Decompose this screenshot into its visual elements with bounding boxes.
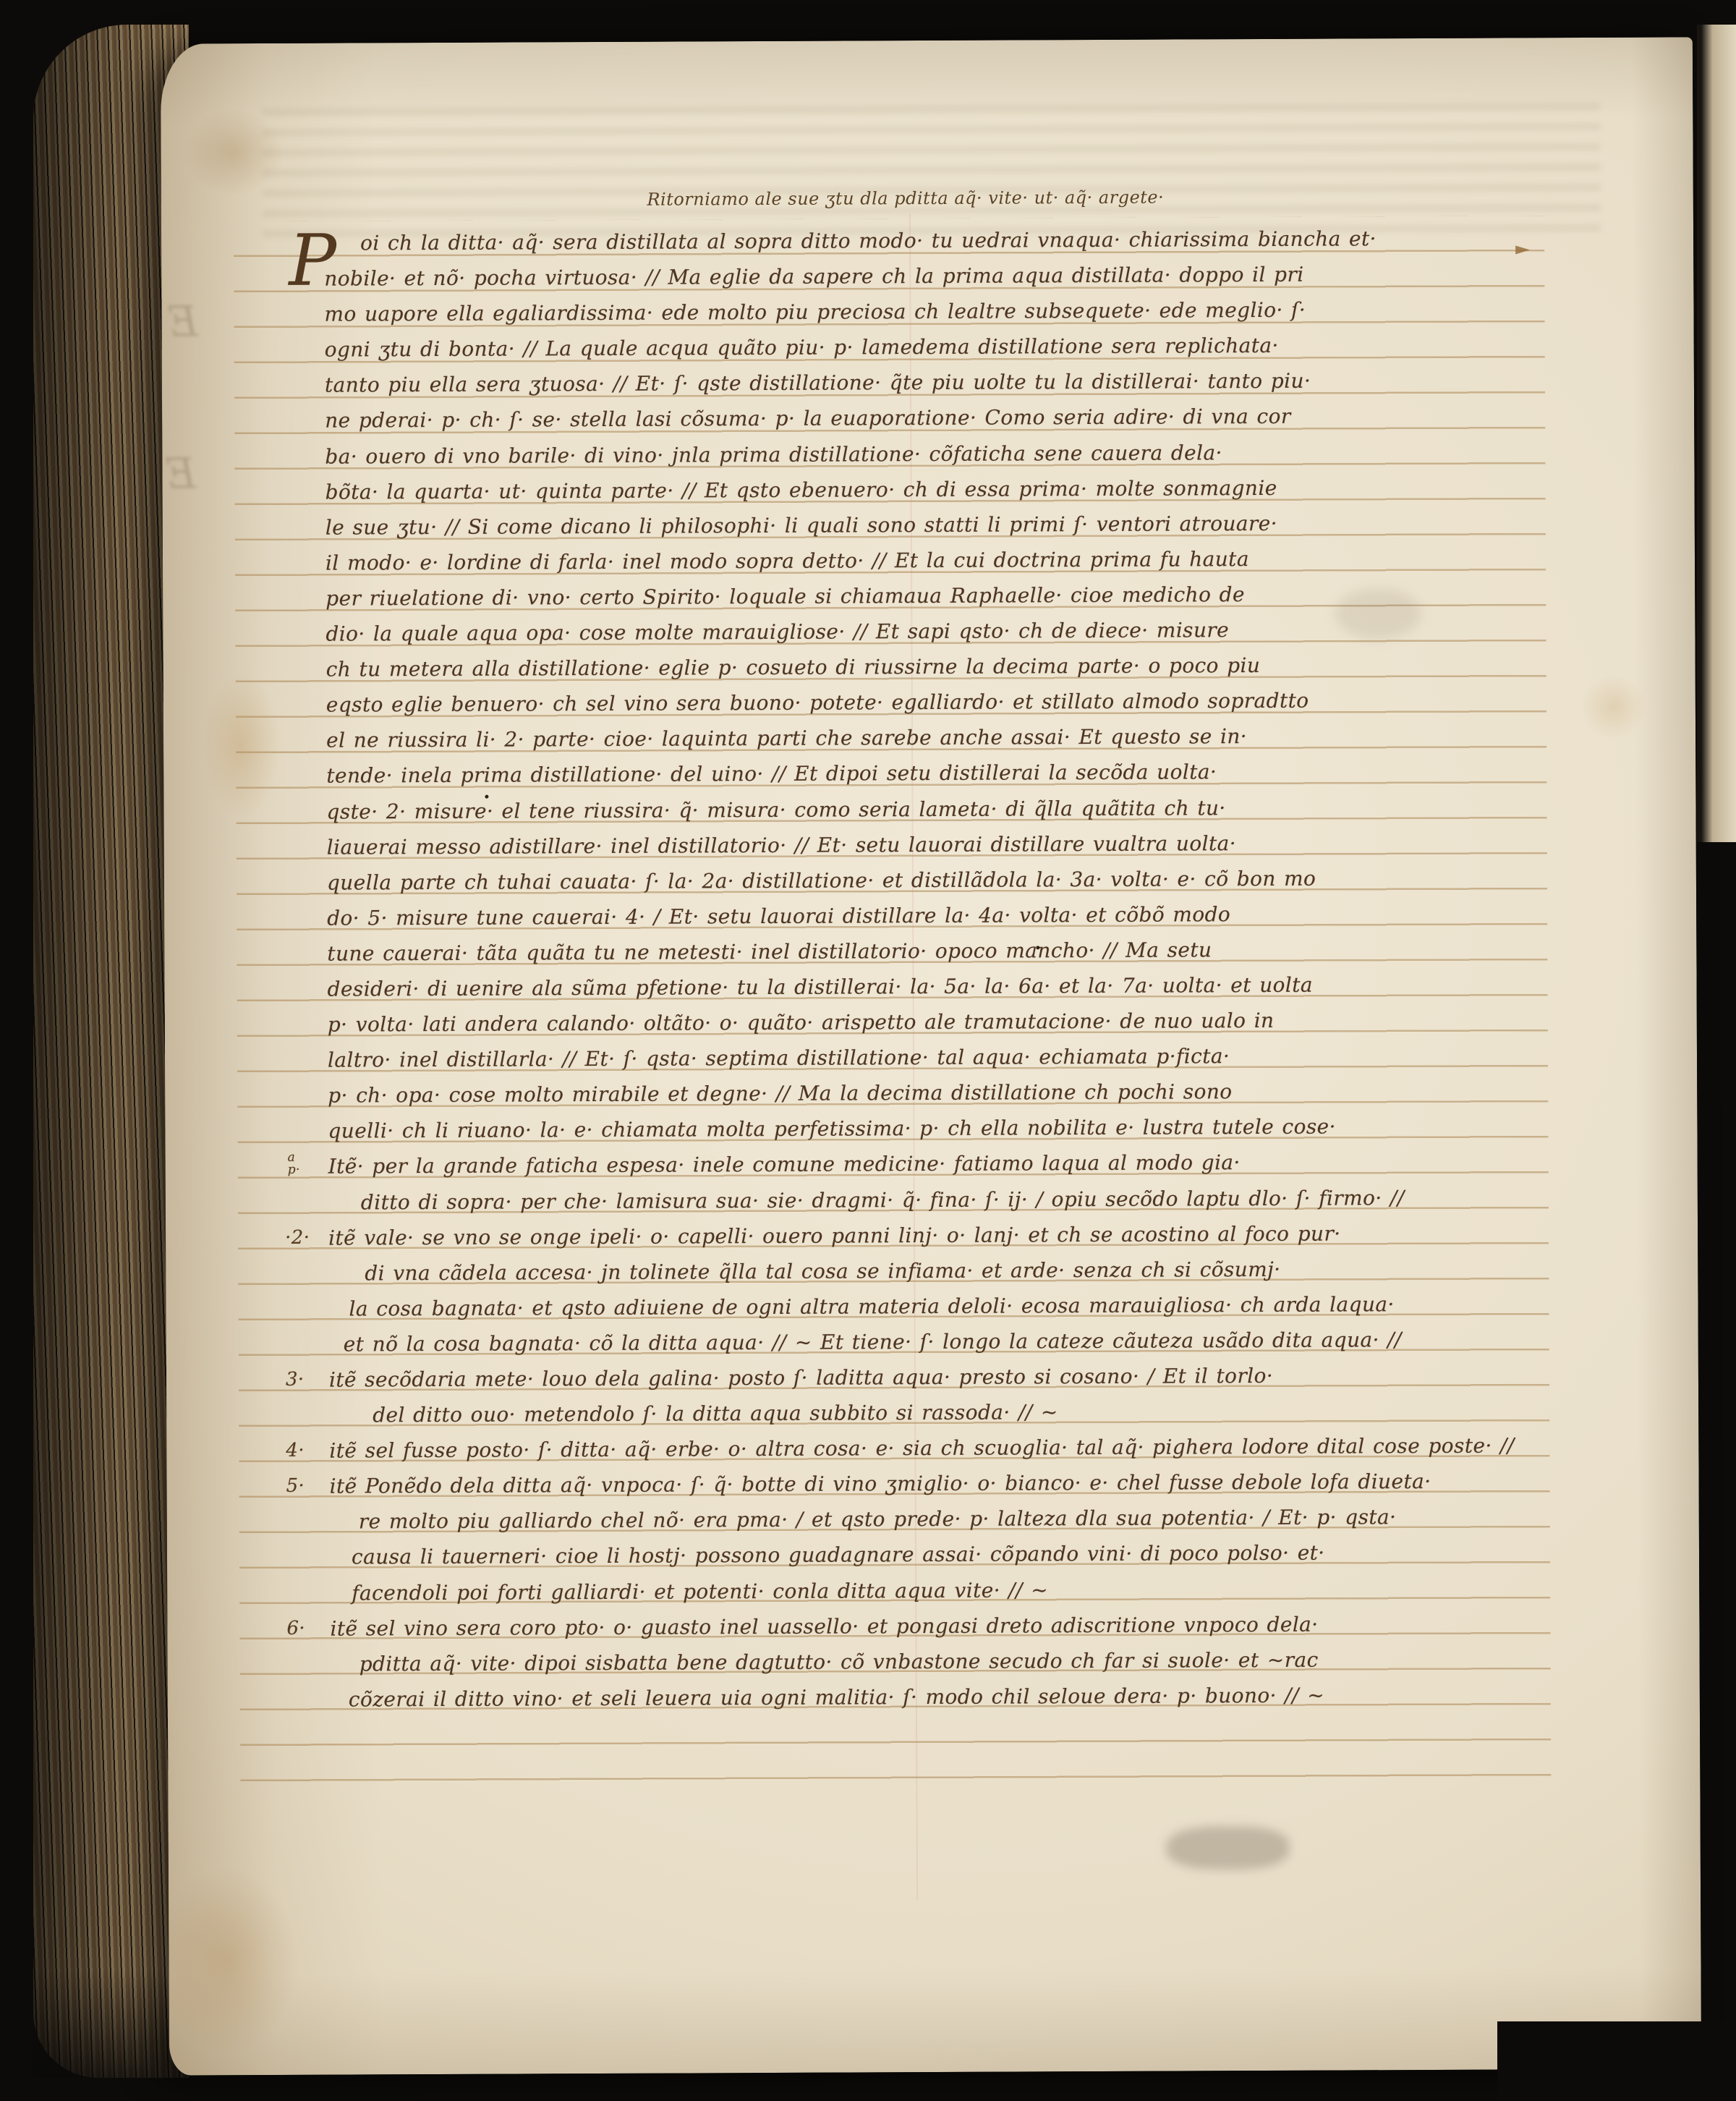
line-text: oi ch la ditta· aq̃· sera distillata al …: [360, 221, 1377, 260]
text-line: nobile· et nõ· pocha virtuosa· // Ma egl…: [324, 255, 1604, 297]
line-text: tende· inela prima distillatione· del ui…: [326, 755, 1217, 794]
line-text: ch tu metera alla distillatione· eglie p…: [326, 648, 1261, 687]
line-text: qste· 2· misure· el tene riussira· q̃· m…: [326, 790, 1225, 830]
line-text: causa li tauerneri· cioe li hostj· posso…: [352, 1535, 1325, 1575]
text-line: le sue ʒtu· // Si come dicano li philoso…: [325, 504, 1606, 546]
margin-number: 4·: [286, 1433, 305, 1469]
text-line: del ditto ouo· metendolo ſ· la ditta aqu…: [329, 1392, 1609, 1433]
margin-number: ap·: [288, 1152, 300, 1176]
line-text: del ditto ouo· metendolo ſ· la ditta aqu…: [373, 1394, 1058, 1432]
text-line: di vna cãdela accesa· jn tolinete q̃lla …: [328, 1250, 1609, 1291]
manuscript-photo: Ritorniamo ale sue ʒtu dla pditta aq̃· v…: [0, 0, 1736, 2101]
text-line: qste· 2· misure· el tene riussira· q̃· m…: [326, 788, 1607, 829]
ink-speck: [485, 795, 488, 799]
line-text: do· 5· misure tune cauerai· 4· / Et· set…: [327, 896, 1230, 936]
text-line: cõzerai il ditto vino· et seli leuera ui…: [331, 1676, 1611, 1718]
text-line: ogni ʒtu di bonta· // La quale acqua quã…: [325, 326, 1605, 368]
line-text: ne pderai· p· ch· ſ· se· stella lasi cõs…: [325, 399, 1291, 438]
ink-speck: [1036, 946, 1039, 949]
line-text: et nõ la cosa bagnata· cõ la ditta aqua·…: [344, 1322, 1402, 1362]
line-text: ogni ʒtu di bonta· // La quale acqua quã…: [325, 328, 1279, 368]
text-line: causa li tauerneri· cioe li hostj· posso…: [330, 1534, 1610, 1575]
line-text: eqsto eglie benuero· ch sel vino sera bu…: [326, 683, 1309, 723]
line-text: ba· ouero di vno barile· di vino· jnla p…: [325, 435, 1222, 475]
manuscript-page: Ritorniamo ale sue ʒtu dla pditta aq̃· v…: [161, 37, 1701, 2075]
line-text: il modo· e· lordine di farla· inel modo …: [325, 541, 1249, 581]
text-line: la cosa bagnata· et qsto adiuiene de ogn…: [328, 1286, 1609, 1327]
text-line: desideri· di uenire ala sũma pfetione· t…: [327, 966, 1607, 1007]
paper-stain: [161, 1867, 299, 2055]
text-line: ditto di sopra· per che· lamisura sua· s…: [328, 1179, 1609, 1220]
line-text: nobile· et nõ· pocha virtuosa· // Ma egl…: [324, 257, 1303, 297]
text-line: eqsto eglie benuero· ch sel vino sera bu…: [326, 682, 1607, 723]
line-text: mo uapore ella egaliardissima· ede molto…: [324, 292, 1306, 332]
margin-number: 5·: [286, 1469, 305, 1504]
text-line: quelli· ch li riuano· la· e· chiamata mo…: [328, 1108, 1608, 1149]
line-text: tune cauerai· tãta quãta tu ne metesti· …: [327, 932, 1212, 971]
ghost-letter: E: [165, 449, 196, 498]
line-text: itẽ vale· se vno se onge ipeli· o· capel…: [328, 1215, 1341, 1255]
text-line: mo uapore ella egaliardissima· ede molto…: [324, 291, 1604, 332]
text-line: ne pderai· p· ch· ſ· se· stella lasi cõs…: [325, 397, 1605, 438]
text-line: bõta· la quarta· ut· quinta parte· // Et…: [325, 469, 1605, 510]
line-text: quelli· ch li riuano· la· e· chiamata mo…: [328, 1109, 1336, 1149]
line-text: quella parte ch tuhai cauata· ſ· la· 2a·…: [327, 860, 1316, 900]
text-line: ch tu metera alla distillatione· eglie p…: [326, 646, 1607, 687]
text-line: tende· inela prima distillatione· del ui…: [326, 752, 1607, 794]
line-text: le sue ʒtu· // Si come dicano li philoso…: [325, 506, 1277, 546]
margin-number: ·2·: [285, 1220, 310, 1255]
line-text: p· ch· opa· cose molto mirabile et degne…: [328, 1074, 1232, 1113]
text-line: p· volta· lati andera calando· oltãto· o…: [328, 1001, 1608, 1043]
text-line: 6·itẽ sel vino sera coro pto· o· guasto …: [330, 1605, 1610, 1647]
text-line: el ne riussira li· 2· parte· cioe· laqui…: [326, 717, 1607, 758]
facing-page-edge: [1697, 25, 1736, 842]
text-line: facendoli poi forti galliardi· et potent…: [330, 1569, 1610, 1610]
text-line: ap·Itẽ· per la grande faticha espesa· in…: [328, 1143, 1609, 1184]
line-text: per riuelatione di· vno· certo Spirito· …: [325, 577, 1245, 616]
line-text: itẽ sel vino sera coro pto· o· guasto in…: [330, 1606, 1318, 1646]
text-line: liauerai messo adistillare· inel distill…: [327, 824, 1607, 865]
line-text: re molto piu galliardo chel nõ· era pma·…: [359, 1500, 1397, 1540]
text-line: 3·itẽ secõdaria mete· louo dela galina· …: [329, 1357, 1609, 1398]
text-line: ·2·itẽ vale· se vno se onge ipeli· o· ca…: [328, 1215, 1609, 1256]
text-line: oi ch la ditta· aq̃· sera distillata al …: [324, 220, 1604, 261]
text-line: ba· ouero di vno barile· di vino· jnla p…: [325, 433, 1605, 474]
line-text: laltro· inel distillarla· // Et· ſ· qsta…: [328, 1038, 1230, 1078]
line-text: facendoli poi forti galliardi· et potent…: [352, 1572, 1048, 1610]
line-text: la cosa bagnata· et qsto adiuiene de ogn…: [349, 1286, 1394, 1326]
line-text: itẽ secõdaria mete· louo dela galina· po…: [329, 1358, 1273, 1398]
text-line: do· 5· misure tune cauerai· 4· / Et· set…: [327, 895, 1607, 936]
line-text: Itẽ· per la grande faticha espesa· inele…: [328, 1145, 1241, 1185]
text-line: il modo· e· lordine di farla· inel modo …: [325, 540, 1606, 581]
line-text: itẽ Ponẽdo dela ditta aq̃· vnpoca· ſ· q̃…: [329, 1464, 1431, 1504]
text-line: tune cauerai· tãta quãta tu ne metesti· …: [327, 930, 1607, 972]
text-line: dio· la quale aqua opa· cose molte marau…: [325, 611, 1606, 652]
smudge-mark: [1167, 1826, 1290, 1870]
line-text: desideri· di uenire ala sũma pfetione· t…: [327, 967, 1313, 1007]
text-line: tanto piu ella sera ʒtuosa· // Et· ſ· qs…: [325, 362, 1605, 403]
text-line: 4·itẽ sel fusse posto· ſ· ditta· aq̃· er…: [329, 1427, 1609, 1469]
text-line: 5·itẽ Ponẽdo dela ditta aq̃· vnpoca· ſ· …: [329, 1463, 1609, 1504]
photo-crop-corner: [1497, 2021, 1736, 2101]
text-line: re molto piu galliardo chel nõ· era pma·…: [330, 1498, 1610, 1540]
text-line: et nõ la cosa bagnata· cõ la ditta aqua·…: [329, 1321, 1609, 1362]
text-line: p· ch· opa· cose molto mirabile et degne…: [328, 1072, 1608, 1113]
text-line: quella parte ch tuhai cauata· ſ· la· 2a·…: [327, 859, 1607, 901]
text-line: pditta aq̃· vite· dipoi sisbatta bene da…: [331, 1641, 1611, 1682]
line-text: di vna cãdela accesa· jn tolinete q̃lla …: [365, 1252, 1280, 1291]
line-text: dio· la quale aqua opa· cose molte marau…: [325, 612, 1229, 652]
line-text: el ne riussira li· 2· parte· cioe· laqui…: [326, 718, 1247, 758]
margin-number: 3·: [286, 1362, 305, 1398]
line-text: ditto di sopra· per che· lamisura sua· s…: [361, 1180, 1405, 1220]
line-text: cõzerai il ditto vino· et seli leuera ui…: [349, 1677, 1324, 1717]
ghost-letter: E: [167, 297, 198, 346]
line-text: p· volta· lati andera calando· oltãto· o…: [328, 1003, 1275, 1043]
line-text: itẽ sel fusse posto· ſ· ditta· aq̃· erbe…: [329, 1428, 1515, 1469]
margin-number: 6·: [286, 1610, 305, 1646]
text-block: oi ch la ditta· aq̃· sera distillata al …: [324, 220, 1611, 1718]
text-line: per riuelatione di· vno· certo Spirito· …: [325, 575, 1606, 616]
line-text: tanto piu ella sera ʒtuosa· // Et· ſ· qs…: [325, 363, 1311, 403]
line-text: bõta· la quarta· ut· quinta parte· // Et…: [325, 470, 1277, 510]
line-text: pditta aq̃· vite· dipoi sisbatta bene da…: [359, 1642, 1319, 1681]
line-text: liauerai messo adistillare· inel distill…: [327, 825, 1236, 865]
text-line: laltro· inel distillarla· // Et· ſ· qsta…: [328, 1037, 1608, 1078]
